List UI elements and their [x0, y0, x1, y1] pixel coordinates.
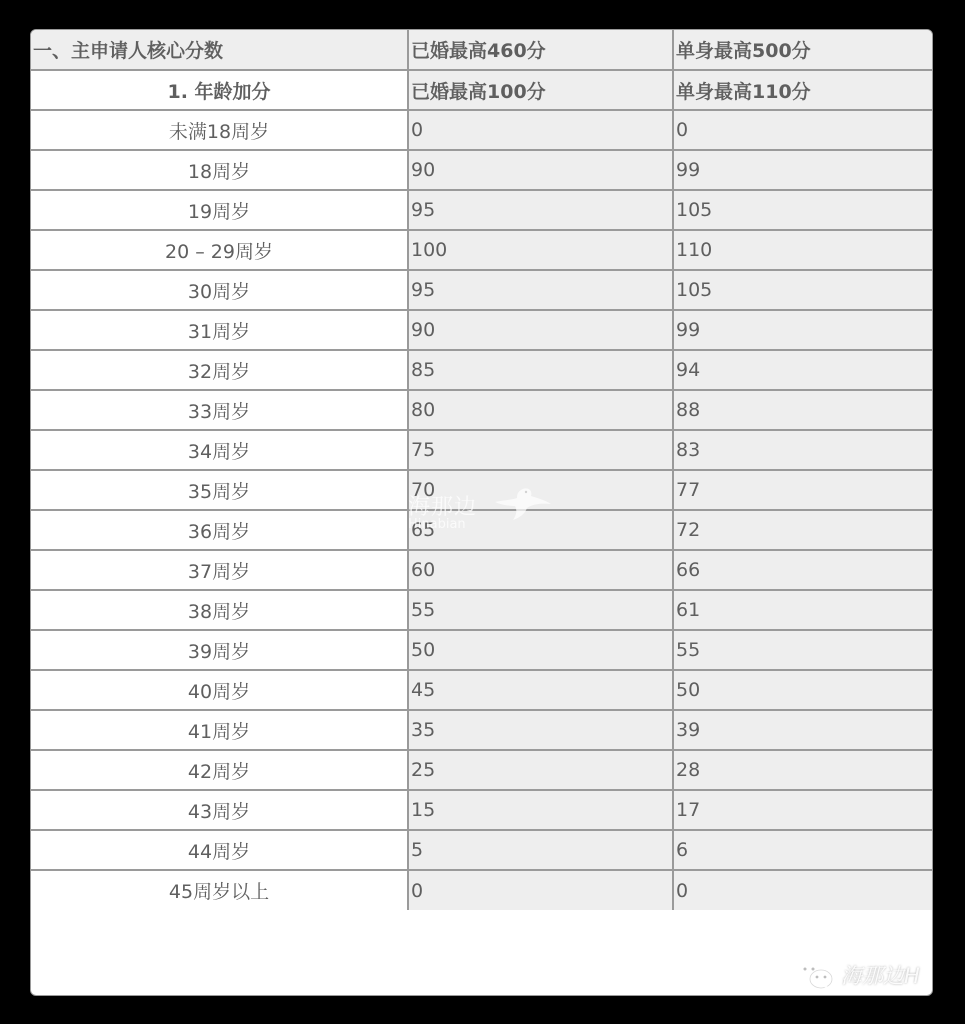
married-score-cell: 35	[408, 710, 673, 750]
single-score-cell: 17	[673, 790, 932, 830]
age-score-table: 一、主申请人核心分数 已婚最高460分 单身最高500分 1. 年龄加分 已婚最…	[31, 30, 932, 910]
table-subheader-row: 1. 年龄加分 已婚最高100分 单身最高110分	[31, 70, 932, 110]
single-score-cell: 88	[673, 390, 932, 430]
age-cell: 41周岁	[31, 710, 408, 750]
age-cell: 33周岁	[31, 390, 408, 430]
married-score-cell: 55	[408, 590, 673, 630]
married-score-cell: 85	[408, 350, 673, 390]
married-score-cell: 70	[408, 470, 673, 510]
age-cell: 39周岁	[31, 630, 408, 670]
age-cell: 43周岁	[31, 790, 408, 830]
single-score-cell: 110	[673, 230, 932, 270]
age-cell: 31周岁	[31, 310, 408, 350]
age-cell: 44周岁	[31, 830, 408, 870]
married-score-cell: 90	[408, 150, 673, 190]
age-cell: 38周岁	[31, 590, 408, 630]
married-score-cell: 45	[408, 670, 673, 710]
single-score-cell: 39	[673, 710, 932, 750]
single-score-cell: 0	[673, 870, 932, 910]
married-score-cell: 75	[408, 430, 673, 470]
table-row: 20 – 29周岁 100 110	[31, 230, 932, 270]
age-cell: 37周岁	[31, 550, 408, 590]
table-row: 37周岁 60 66	[31, 550, 932, 590]
married-score-cell: 15	[408, 790, 673, 830]
single-score-cell: 105	[673, 270, 932, 310]
table-row: 19周岁 95 105	[31, 190, 932, 230]
subheader-married-max: 已婚最高100分	[408, 70, 673, 110]
single-score-cell: 66	[673, 550, 932, 590]
table-row: 38周岁 55 61	[31, 590, 932, 630]
age-cell: 30周岁	[31, 270, 408, 310]
married-score-cell: 50	[408, 630, 673, 670]
married-score-cell: 5	[408, 830, 673, 870]
single-score-cell: 28	[673, 750, 932, 790]
subheader-single-max: 单身最高110分	[673, 70, 932, 110]
header-single-max: 单身最高500分	[673, 30, 932, 70]
single-score-cell: 94	[673, 350, 932, 390]
single-score-cell: 77	[673, 470, 932, 510]
single-score-cell: 55	[673, 630, 932, 670]
single-score-cell: 72	[673, 510, 932, 550]
header-married-max: 已婚最高460分	[408, 30, 673, 70]
married-score-cell: 95	[408, 270, 673, 310]
table-row: 40周岁 45 50	[31, 670, 932, 710]
subheader-age-points: 1. 年龄加分	[31, 70, 408, 110]
table-row: 45周岁以上 0 0	[31, 870, 932, 910]
single-score-cell: 61	[673, 590, 932, 630]
table-row: 43周岁 15 17	[31, 790, 932, 830]
age-cell: 未满18周岁	[31, 110, 408, 150]
table-row: 44周岁 5 6	[31, 830, 932, 870]
table-row: 32周岁 85 94	[31, 350, 932, 390]
table-row: 33周岁 80 88	[31, 390, 932, 430]
age-cell: 32周岁	[31, 350, 408, 390]
married-score-cell: 95	[408, 190, 673, 230]
single-score-cell: 105	[673, 190, 932, 230]
table-row: 36周岁 65 72	[31, 510, 932, 550]
married-score-cell: 65	[408, 510, 673, 550]
married-score-cell: 90	[408, 310, 673, 350]
married-score-cell: 25	[408, 750, 673, 790]
table-row: 42周岁 25 28	[31, 750, 932, 790]
single-score-cell: 83	[673, 430, 932, 470]
age-cell: 34周岁	[31, 430, 408, 470]
single-score-cell: 6	[673, 830, 932, 870]
age-cell: 40周岁	[31, 670, 408, 710]
score-table-frame: 一、主申请人核心分数 已婚最高460分 单身最高500分 1. 年龄加分 已婚最…	[30, 29, 933, 996]
table-header-row: 一、主申请人核心分数 已婚最高460分 单身最高500分	[31, 30, 932, 70]
single-score-cell: 50	[673, 670, 932, 710]
age-cell: 45周岁以上	[31, 870, 408, 910]
age-cell: 18周岁	[31, 150, 408, 190]
table-row: 34周岁 75 83	[31, 430, 932, 470]
married-score-cell: 0	[408, 870, 673, 910]
table-row: 31周岁 90 99	[31, 310, 932, 350]
table-row: 35周岁 70 77	[31, 470, 932, 510]
age-cell: 19周岁	[31, 190, 408, 230]
age-cell: 42周岁	[31, 750, 408, 790]
age-cell: 35周岁	[31, 470, 408, 510]
table-row: 18周岁 90 99	[31, 150, 932, 190]
married-score-cell: 80	[408, 390, 673, 430]
single-score-cell: 0	[673, 110, 932, 150]
table-row: 30周岁 95 105	[31, 270, 932, 310]
table-row: 39周岁 50 55	[31, 630, 932, 670]
married-score-cell: 0	[408, 110, 673, 150]
header-section-title: 一、主申请人核心分数	[31, 30, 408, 70]
married-score-cell: 60	[408, 550, 673, 590]
age-cell: 20 – 29周岁	[31, 230, 408, 270]
single-score-cell: 99	[673, 150, 932, 190]
table-row: 41周岁 35 39	[31, 710, 932, 750]
table-row: 未满18周岁 0 0	[31, 110, 932, 150]
single-score-cell: 99	[673, 310, 932, 350]
age-cell: 36周岁	[31, 510, 408, 550]
married-score-cell: 100	[408, 230, 673, 270]
